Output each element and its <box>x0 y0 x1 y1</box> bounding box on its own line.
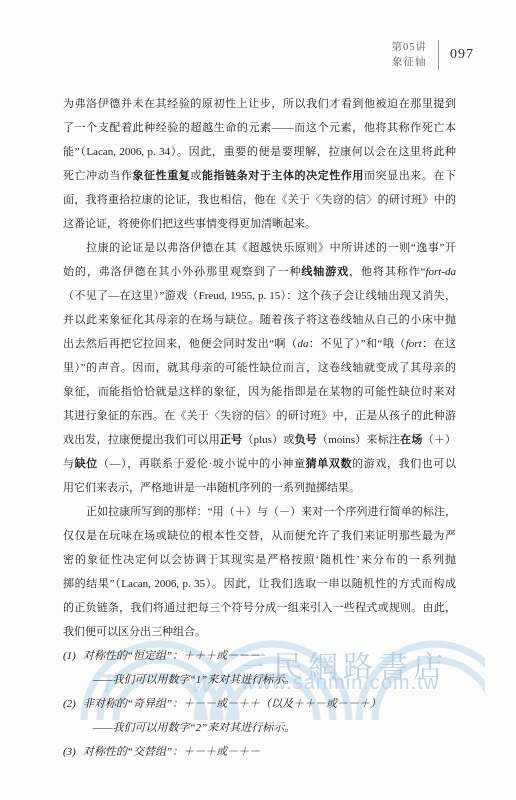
text-segment: 面，我将重拾拉康的论证，我也相信，他在《关于〈失窃的信〉的研讨班》中的 <box>63 194 456 206</box>
emphasis-text: 正号 <box>220 434 242 446</box>
text-segment: （plus）或 <box>242 434 294 446</box>
text-segment: 了一个支配着此种经验的超越生命的元素——而这个元素，他将其称作死亡本 <box>63 122 456 134</box>
emphasis-text: 能指链条对于主体的决定性作用 <box>202 170 364 182</box>
text-line: ——我们可以用数字“1”来对其进行标示。 <box>63 668 456 692</box>
text-segment: 非对称的“奇异组”：＋－－或－＋＋（以及＋＋－或－－＋） <box>83 698 381 710</box>
text-line: 我们便可以区分出三种组合。 <box>63 620 456 644</box>
text-line: 了一个支配着此种经验的超越生命的元素——而这个元素，他将其称作死亡本 <box>63 116 456 140</box>
emphasis-text: 线轴游戏 <box>301 266 349 278</box>
text-segment: （moins）来标注 <box>317 434 400 446</box>
chapter-label: 第05讲 象征轴 <box>392 40 428 70</box>
emphasis-text: 象征性重复 <box>132 170 190 182</box>
page-header: 第05讲 象征轴 097 <box>392 40 475 70</box>
list-marker: (3) <box>63 746 76 758</box>
text-segment: 正如拉康所写到的那样：“用（＋）与（－）来对一个序列进行简单的标注， <box>86 506 456 518</box>
text-line: 里）”的声音。因而，就其母亲的可能性缺位而言，这卷线轴就变成了其母亲的 <box>63 356 456 380</box>
text-line: (1)对称性的“恒定组”：＋＋＋或－－－ <box>63 644 456 668</box>
text-segment: 或 <box>190 170 202 182</box>
body-text: 为弗洛伊德并未在其经验的原初性上让步，所以我们才看到他被迫在那里提到了一个支配着… <box>63 92 456 764</box>
text-segment: 对称性的“交替组”：＋－＋或－＋－ <box>83 746 260 758</box>
lecture-number: 第05讲 <box>392 40 428 55</box>
text-segment: 里）”的声音。因而，就其母亲的可能性缺位而言，这卷线轴就变成了其母亲的 <box>63 362 456 374</box>
text-segment: 为弗洛伊德并未在其经验的原初性上让步，所以我们才看到他被迫在那里提到 <box>63 98 456 110</box>
text-segment: ：在这 <box>422 338 456 350</box>
text-segment: 而突显出来。在下 <box>364 170 456 182</box>
text-line: 戏出发，拉康便提出我们可以用正号（plus）或负号（moins）来标注在场（＋） <box>63 428 456 452</box>
text-segment: ——我们可以用数字“1”来对其进行标示。 <box>93 674 295 686</box>
text-line: (3)对称性的“交替组”：＋－＋或－＋－ <box>63 740 456 764</box>
text-segment: 与 <box>63 458 75 470</box>
header-divider <box>438 40 439 70</box>
text-line: 仅仅是在玩味在场或缺位的根本性交替，从而便允许了我们来证明那些最为严 <box>63 524 456 548</box>
text-segment: 始的，弗洛伊德在其小外孙那里观察到了一种 <box>63 266 301 278</box>
text-segment: 密的象征性决定何以会协调于其现实是严格按照‘随机性’来分布的一系列抛 <box>63 554 456 566</box>
text-segment: 其进行象征的东西。在《关于〈失窃的信〉的研讨班》中，正是从孩子的此种游 <box>63 410 456 422</box>
text-line: ——我们可以用数字“2”来对其进行标示。 <box>63 716 456 740</box>
text-line: 这番论证，将使你们把这些事情变得更加清晰起来。 <box>63 212 456 236</box>
text-line: 其进行象征的东西。在《关于〈失窃的信〉的研讨班》中，正是从孩子的此种游 <box>63 404 456 428</box>
text-segment: 死亡冲动当作 <box>63 170 132 182</box>
text-line: (2)非对称的“奇异组”：＋－－或－＋＋（以及＋＋－或－－＋） <box>63 692 456 716</box>
text-segment: 用它们来表示，严格地讲是一串随机序列的一系列抛掷结果。 <box>63 482 360 494</box>
text-line: 掷的结果”（Lacan, 2006, p. 35）。因此，让我们选取一串以随机性… <box>63 572 456 596</box>
text-segment: 掷的结果”（Lacan, 2006, p. 35）。因此，让我们选取一串以随机性… <box>63 578 456 590</box>
foreign-term: fort <box>406 338 422 350</box>
chapter-title: 象征轴 <box>392 55 428 70</box>
list-marker: (1) <box>63 650 76 662</box>
text-segment: 的正负链条，我们将通过把每三个符号分成一组来引入一些程式或规则。由此， <box>63 602 456 614</box>
text-line: 始的，弗洛伊德在其小外孙那里观察到了一种线轴游戏，他将其称作“fort-da <box>63 260 456 284</box>
text-line: 拉康的论证是以弗洛伊德在其《超越快乐原则》中所讲述的一则“逸事”开 <box>63 236 456 260</box>
emphasis-text: 缺位 <box>75 458 98 470</box>
text-line: 正如拉康所写到的那样：“用（＋）与（－）来对一个序列进行简单的标注， <box>63 500 456 524</box>
text-segment: ：不见了）”和“哦（ <box>308 338 405 350</box>
emphasis-text: 负号 <box>295 434 317 446</box>
text-segment: ，他将其称作“ <box>349 266 425 278</box>
text-segment: （不见了—在这里）”游戏（Freud, 1955, p. 15）：这个孩子会让线… <box>63 290 456 302</box>
text-line: 死亡冲动当作象征性重复或能指链条对于主体的决定性作用而突显出来。在下 <box>63 164 456 188</box>
text-line: 密的象征性决定何以会协调于其现实是严格按照‘随机性’来分布的一系列抛 <box>63 548 456 572</box>
text-line: 的正负链条，我们将通过把每三个符号分成一组来引入一些程式或规则。由此， <box>63 596 456 620</box>
text-segment: ——我们可以用数字“2”来对其进行标示。 <box>93 722 295 734</box>
text-line: 为弗洛伊德并未在其经验的原初性上让步，所以我们才看到他被迫在那里提到 <box>63 92 456 116</box>
text-line: 与缺位（—），再联系于爱伦·坡小说中的小神童猜单双数的游戏，我们也可以 <box>63 452 456 476</box>
text-line: 象征，而能指恰恰就是这样的象征，因为能指即是在某物的可能性缺位时来对 <box>63 380 456 404</box>
text-line: 能”（Lacan, 2006, p. 34）。因此，重要的便是要理解，拉康何以会… <box>63 140 456 164</box>
text-line: 用它们来表示，严格地讲是一串随机序列的一系列抛掷结果。 <box>63 476 456 500</box>
text-segment: 对称性的“恒定组”：＋＋＋或－－－ <box>83 650 260 662</box>
text-segment: （—），再联系于爱伦·坡小说中的小神童 <box>98 458 306 470</box>
text-segment: 仅仅是在玩味在场或缺位的根本性交替，从而便允许了我们来证明那些最为严 <box>63 530 456 542</box>
text-segment: 能”（Lacan, 2006, p. 34）。因此，重要的便是要理解，拉康何以会… <box>63 146 456 158</box>
text-segment: （＋） <box>423 434 456 446</box>
text-line: （不见了—在这里）”游戏（Freud, 1955, p. 15）：这个孩子会让线… <box>63 284 456 308</box>
text-segment: 出去然后再把它拉回来，他便会同时发出“啊（ <box>63 338 297 350</box>
text-segment: 象征，而能指恰恰就是这样的象征，因为能指即是在某物的可能性缺位时来对 <box>63 386 456 398</box>
emphasis-text: 猜单双数 <box>306 458 352 470</box>
text-segment: 这番论证，将使你们把这些事情变得更加清晰起来。 <box>63 218 316 230</box>
text-segment: 我们便可以区分出三种组合。 <box>63 626 206 638</box>
text-segment: 的游戏，我们也可以 <box>352 458 456 470</box>
page-number: 097 <box>450 47 474 63</box>
list-marker: (2) <box>63 698 76 710</box>
text-line: 并以此来象征化其母亲的在场与缺位。随着孩子将这卷线轴从自己的小床中抛 <box>63 308 456 332</box>
emphasis-text: 在场 <box>400 434 422 446</box>
text-segment: 并以此来象征化其母亲的在场与缺位。随着孩子将这卷线轴从自己的小床中抛 <box>63 314 456 326</box>
text-line: 面，我将重拾拉康的论证，我也相信，他在《关于〈失窃的信〉的研讨班》中的 <box>63 188 456 212</box>
book-page: 第05讲 象征轴 097 T W 三民網路書店 www.sanmin.com.t… <box>0 0 516 800</box>
text-line: 出去然后再把它拉回来，他便会同时发出“啊（da：不见了）”和“哦（fort：在这 <box>63 332 456 356</box>
text-segment: 戏出发，拉康便提出我们可以用 <box>63 434 220 446</box>
foreign-term: fort-da <box>425 266 456 278</box>
foreign-term: da <box>297 338 308 350</box>
text-segment: 拉康的论证是以弗洛伊德在其《超越快乐原则》中所讲述的一则“逸事”开 <box>86 242 456 254</box>
